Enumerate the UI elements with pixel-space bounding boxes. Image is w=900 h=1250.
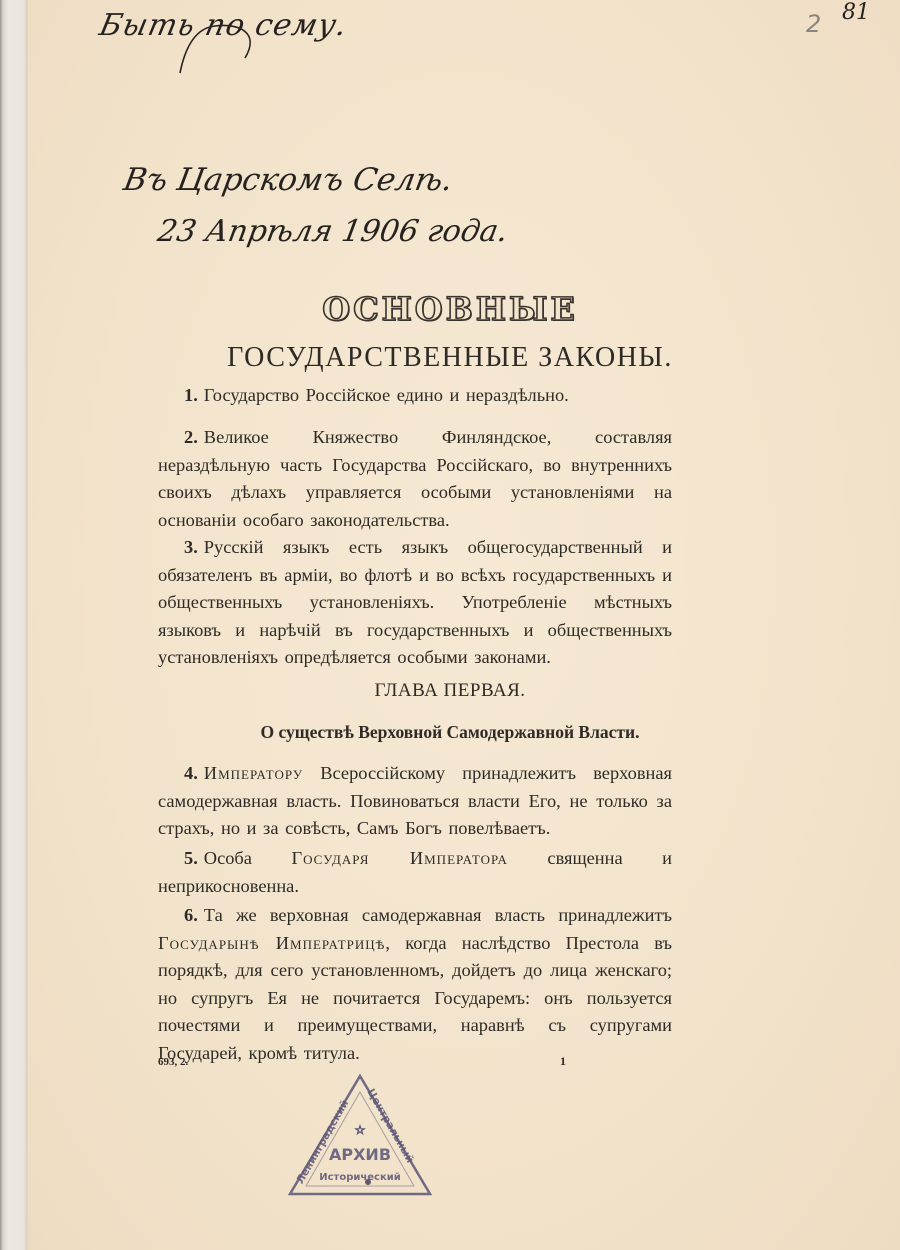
- folio-number-ink: 81: [842, 0, 870, 25]
- archive-stamp: Ленинградский Центральный ☆ АРХИВ Истори…: [286, 1072, 434, 1200]
- article-smallcaps: Императору: [204, 763, 303, 783]
- resolution-flourish-icon: [175, 18, 265, 83]
- article-5: 5.Особа Государя Императора священна и н…: [158, 845, 672, 900]
- folio-number-pencil: 2: [806, 10, 821, 38]
- stamp-bottom-text: Исторический: [319, 1172, 401, 1183]
- stamp-center-text: АРХИВ: [329, 1145, 391, 1164]
- binding-spine: [0, 0, 28, 1250]
- article-smallcaps: Государынѣ Императрицѣ: [158, 933, 385, 953]
- article-4: 4.Императору Всероссійскому принадлежитъ…: [158, 760, 672, 843]
- handwritten-date: 23 Апрѣля 1906 года.: [155, 214, 511, 249]
- article-number: 2.: [184, 427, 198, 447]
- handwritten-place: Въ Царскомъ Селѣ.: [121, 162, 456, 198]
- chapter-subtitle: О существѣ Верховной Самодержавной Власт…: [0, 722, 900, 743]
- signature-mark: 1: [560, 1054, 566, 1069]
- article-2: 2.Великое Княжество Финляндское, составл…: [158, 424, 672, 534]
- article-number: 3.: [184, 537, 198, 557]
- article-number: 4.: [184, 763, 198, 783]
- article-number: 6.: [184, 905, 198, 925]
- article-text: Русскій языкъ есть языкъ общегосударстве…: [158, 537, 672, 667]
- article-smallcaps: Государя Императора: [291, 848, 507, 868]
- article-number: 1.: [184, 385, 198, 405]
- article-prefix: Особа: [204, 848, 252, 868]
- triangle-stamp-icon: Ленинградский Центральный ☆ АРХИВ Истори…: [286, 1072, 434, 1200]
- article-text: Государство Россійское едино и нераздѣль…: [204, 385, 569, 405]
- main-title: ГОСУДАРСТВЕННЫЕ ЗАКОНЫ.: [0, 342, 900, 374]
- article-3: 3.Русскій языкъ есть языкъ общегосударст…: [158, 534, 672, 672]
- article-prefix: Та же верховная самодержавная власть при…: [204, 905, 672, 925]
- article-6: 6.Та же верховная самодержавная власть п…: [158, 902, 672, 1067]
- print-code: 693, 2.: [158, 1056, 188, 1068]
- decorative-title: ОСНОВНЫЕ: [0, 290, 900, 328]
- chapter-title: ГЛАВА ПЕРВАЯ.: [0, 680, 900, 702]
- star-icon: ☆: [355, 1123, 366, 1137]
- article-text: Великое Княжество Финляндское, составляя…: [158, 427, 672, 530]
- article-1: 1.Государство Россійское едино и нераздѣ…: [158, 382, 672, 410]
- article-number: 5.: [184, 848, 198, 868]
